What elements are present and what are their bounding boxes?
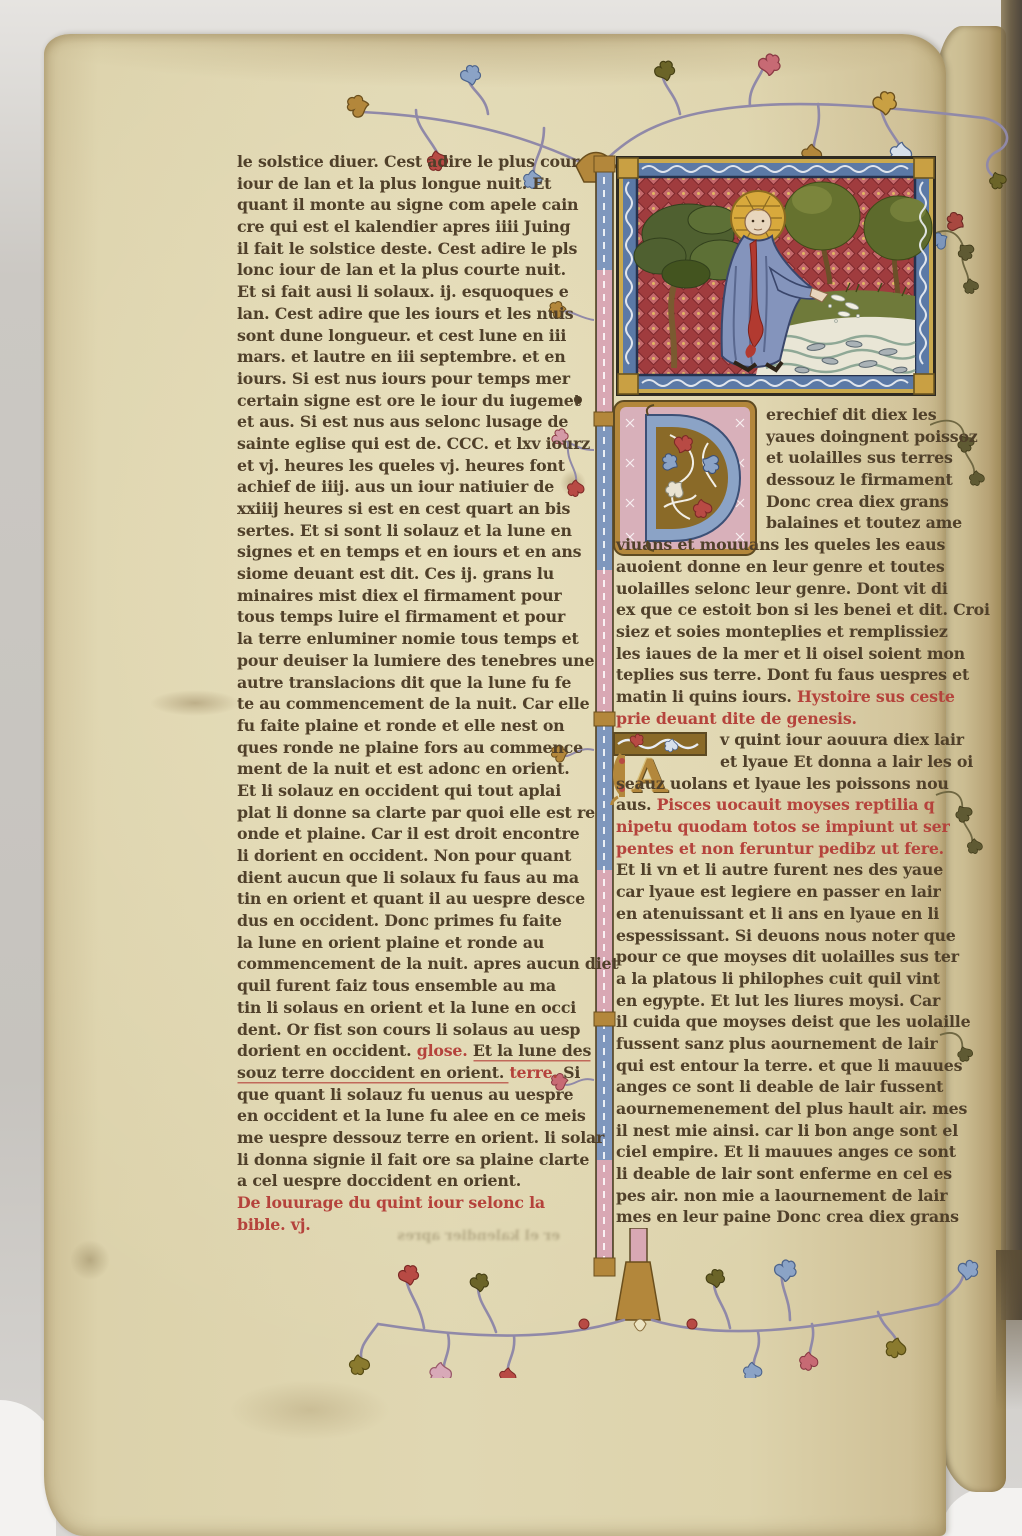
body-text: car lyaue est legiere en passer en lair (616, 882, 941, 901)
book-spine-shadow (1001, 0, 1022, 1320)
rubric-text: terre. (509, 1063, 563, 1082)
body-text: balaines et toutez ame (766, 513, 962, 532)
text-line: auoient donne en leur genre et toutes (616, 556, 946, 578)
text-line: certain signe est ore le iour du iugemet (237, 390, 577, 412)
body-text: fussent sanz plus aournement de lair (616, 1034, 938, 1053)
body-text: sainte eglise qui est de. CCC. et lxv io… (237, 434, 590, 453)
body-text: les iaues de la mer et li oisel soient m… (616, 644, 965, 663)
rubric-text: Hystoire sus ceste (797, 687, 955, 706)
text-line: lonc iour de lan et la plus courte nuit. (237, 259, 577, 281)
text-line: bible. vj. (237, 1214, 577, 1236)
body-text: matin li quins iours. (616, 687, 797, 706)
text-line: le solstice diuer. Cest adire le plus co… (237, 151, 577, 173)
text-line: quant il monte au signe com apele cain (237, 194, 577, 216)
backdrop-bottom-right (940, 1488, 1022, 1536)
text-line: la lune en orient plaine et ronde au (237, 932, 577, 954)
text-line: pour ce que moyses dit uolailles sus ter (616, 946, 946, 968)
body-text: me uespre dessouz terre en orient. li so… (237, 1128, 604, 1147)
text-line: il nest mie ainsi. car li bon ange sont … (616, 1120, 946, 1142)
body-text: v quint iour aouura diex lair (720, 730, 964, 749)
text-line: les iaues de la mer et li oisel soient m… (616, 643, 946, 665)
text-line: iour de lan et la plus longue nuit. Et (237, 173, 577, 195)
body-text: commencement de la nuit. apres aucun die… (237, 954, 619, 973)
body-text: il cuida que moyses deist que les uolail… (616, 1012, 970, 1031)
body-text: ques ronde ne plaine fors au commence (237, 738, 583, 757)
text-line: autre translacions dit que la lune fu fe (237, 672, 577, 694)
text-line: v quint iour aouura diex lair (616, 729, 946, 751)
body-text: autre translacions dit que la lune fu fe (237, 673, 571, 692)
body-text: achief de iiij. aus un iour natiuier de (237, 477, 554, 496)
body-text: li donna signie il fait ore sa plaine cl… (237, 1150, 589, 1169)
text-line: dent. Or fist son cours li solaus au ues… (237, 1019, 577, 1041)
body-text: le solstice diuer. Cest adire le plus co… (237, 152, 579, 171)
body-text: il fait le solstice deste. Cest adire le… (237, 239, 577, 258)
text-line: pentes et non feruntur pedibz ut fere. (616, 838, 946, 860)
body-text: en occident et la lune fu alee en ce mei… (237, 1106, 586, 1125)
body-text: Et si fait ausi li solaux. ij. esquoques… (237, 282, 569, 301)
text-line: souz terre doccident en orient. terre. S… (237, 1062, 577, 1084)
text-line: plat li donne sa clarte par quoi elle es… (237, 802, 577, 824)
text-line: onde et plaine. Car il est droit encontr… (237, 823, 577, 845)
text-line: dessouz le firmament (616, 469, 946, 491)
body-text: anges ce sont li deable de lair fussent (616, 1077, 943, 1096)
text-line: a cel uespre doccident en orient. (237, 1170, 577, 1192)
body-text: a la platous li philophes cuit quil vint (616, 969, 940, 988)
text-line: li dorient en occident. Non pour quant (237, 845, 577, 867)
body-text: et vj. heures les queles vj. heures font (237, 456, 565, 475)
body-text: xxiiij heures si est en cest quart an bi… (237, 499, 570, 518)
body-text: viuans et mouuans les queles les eaus (616, 535, 945, 554)
body-text: dessouz le firmament (766, 470, 953, 489)
text-line: aournemenement del plus hault air. mes (616, 1098, 946, 1120)
text-line: nipetu quodam totos se impiunt ut ser (616, 816, 946, 838)
rubric-text: bible. vj. (237, 1215, 311, 1234)
text-line: tin li solaus en orient et la lune en oc… (237, 997, 577, 1019)
text-line: Et li solauz en occident qui tout aplai (237, 780, 577, 802)
body-text: et uolailles sus terres (766, 448, 953, 467)
body-text: que quant li solauz fu uenus au uespre (237, 1085, 573, 1104)
text-line: lan. Cest adire que les iours et les nui… (237, 303, 577, 325)
left-text-column: le solstice diuer. Cest adire le plus co… (237, 151, 577, 1235)
text-line: a la platous li philophes cuit quil vint (616, 968, 946, 990)
body-text: Et li solauz en occident qui tout aplai (237, 781, 561, 800)
text-line: et uolailles sus terres (616, 447, 946, 469)
body-text: aus. (616, 795, 657, 814)
body-text: seauz uolans et lyaue les poissons nou (616, 774, 949, 793)
body-text: la terre enluminer nomie tous temps et (237, 629, 579, 648)
text-line: Et si fait ausi li solaux. ij. esquoques… (237, 281, 577, 303)
text-line: prie deuant dite de genesis. (616, 708, 946, 730)
body-text: sont dune longueur. et cest lune en iii (237, 326, 566, 345)
text-line: seauz uolans et lyaue les poissons nou (616, 773, 946, 795)
body-text: yaues doingnent poissoz (766, 427, 978, 446)
text-line: car lyaue est legiere en passer en lair (616, 881, 946, 903)
body-text: quil furent faiz tous ensemble au ma (237, 976, 556, 995)
text-line: iours. Si est nus iours pour temps mer (237, 368, 577, 390)
text-line: li donna signie il fait ore sa plaine cl… (237, 1149, 577, 1171)
body-text: cre qui est el kalendier apres iiii Juin… (237, 217, 570, 236)
text-line: et lyaue Et donna a lair les oi (616, 751, 946, 773)
text-line: ex que ce estoit bon si les benei et dit… (616, 599, 946, 621)
text-line: anges ce sont li deable de lair fussent (616, 1076, 946, 1098)
body-text: signes et en temps et en iours et en ans (237, 542, 581, 561)
text-line: mes en leur paine Donc crea diex grans (616, 1206, 946, 1228)
text-line: aus. Pisces uocauit moyses reptilia q (616, 794, 946, 816)
manuscript-photo: { "palette": { "ink": "#50402a", "rubric… (0, 0, 1022, 1536)
body-text: li dorient en occident. Non pour quant (237, 846, 571, 865)
text-line: quil furent faiz tous ensemble au ma (237, 975, 577, 997)
rubric-text: nipetu quodam totos se impiunt ut ser (616, 817, 950, 836)
body-text: iour de lan et la plus longue nuit. Et (237, 174, 551, 193)
text-line: fu faite plaine et ronde et elle nest on (237, 715, 577, 737)
body-text: lonc iour de lan et la plus courte nuit. (237, 260, 566, 279)
text-line: balaines et toutez ame (616, 512, 946, 534)
body-text: dus en occident. Donc primes fu faite (237, 911, 562, 930)
body-text: Et la lune des (473, 1041, 591, 1060)
body-text: tin en orient et quant il au uespre desc… (237, 889, 585, 908)
body-text: tous temps luire el firmament et pour (237, 607, 565, 626)
text-line: ques ronde ne plaine fors au commence (237, 737, 577, 759)
text-line: li deable de lair sont enferme en cel es (616, 1163, 946, 1185)
body-text: sertes. Et si sont li solauz et la lune … (237, 521, 572, 540)
text-line: commencement de la nuit. apres aucun die… (237, 953, 577, 975)
body-text: en egypte. Et lut les liures moysi. Car (616, 991, 940, 1010)
text-line: tous temps luire el firmament et pour (237, 606, 577, 628)
rubric-text: pentes et non feruntur pedibz ut fere. (616, 839, 944, 858)
text-line: signes et en temps et en iours et en ans (237, 541, 577, 563)
body-text: pes air. non mie a laournement de lair (616, 1186, 947, 1205)
body-text: mars. et lautre en iii septembre. et en (237, 347, 566, 366)
body-text: fu faite plaine et ronde et elle nest on (237, 716, 564, 735)
body-text: teplies sus terre. Dont fu faus uespres … (616, 665, 969, 684)
body-text: lan. Cest adire que les iours et les nui… (237, 304, 573, 323)
body-text: onde et plaine. Car il est droit encontr… (237, 824, 580, 843)
text-line: sainte eglise qui est de. CCC. et lxv io… (237, 433, 577, 455)
text-line: sertes. Et si sont li solauz et la lune … (237, 520, 577, 542)
body-text: espessissant. Si deuons nous noter que (616, 926, 956, 945)
body-text: tin li solaus en orient et la lune en oc… (237, 998, 576, 1017)
body-text: Si (563, 1063, 580, 1082)
body-text: plat li donne sa clarte par quoi elle es… (237, 803, 595, 822)
text-line: la terre enluminer nomie tous temps et (237, 628, 577, 650)
text-line: il cuida que moyses deist que les uolail… (616, 1011, 946, 1033)
text-line: dient aucun que li solaux fu faus au ma (237, 867, 577, 889)
text-line: xxiiij heures si est en cest quart an bi… (237, 498, 577, 520)
rubric-text: glose. (417, 1041, 473, 1060)
text-line: erechief dit diex les (616, 404, 946, 426)
rubric-text: De louurage du quint iour selonc la (237, 1193, 545, 1212)
text-line: que quant li solauz fu uenus au uespre (237, 1084, 577, 1106)
text-line: en occident et la lune fu alee en ce mei… (237, 1105, 577, 1127)
text-line: ciel empire. Et li mauues anges ce sont (616, 1141, 946, 1163)
text-line: en egypte. Et lut les liures moysi. Car (616, 990, 946, 1012)
text-line: yaues doingnent poissoz (616, 426, 946, 448)
body-text: ex que ce estoit bon si les benei et dit… (616, 600, 990, 619)
body-text: siez et soies monteplies et remplissiez (616, 622, 948, 641)
text-line: qui est entour la terre. et que li mauue… (616, 1055, 946, 1077)
body-text: il nest mie ainsi. car li bon ange sont … (616, 1121, 958, 1140)
body-text: dient aucun que li solaux fu faus au ma (237, 868, 579, 887)
body-text: pour deuiser la lumiere des tenebres une (237, 651, 594, 670)
body-text: et lyaue Et donna a lair les oi (720, 752, 973, 771)
text-line: mars. et lautre en iii septembre. et en (237, 346, 577, 368)
body-text: en atenuissant et li ans en lyaue en li (616, 904, 939, 923)
body-text: la lune en orient plaine et ronde au (237, 933, 544, 952)
body-text: Et li vn et li autre furent nes des yaue (616, 860, 943, 879)
text-line: matin li quins iours. Hystoire sus ceste (616, 686, 946, 708)
body-text: et aus. Si est nus aus selonc lusage de (237, 412, 568, 431)
text-line: il fait le solstice deste. Cest adire le… (237, 238, 577, 260)
body-text: ciel empire. Et li mauues anges ce sont (616, 1142, 956, 1161)
body-text: dent. Or fist son cours li solaus au ues… (237, 1020, 580, 1039)
text-line: De louurage du quint iour selonc la (237, 1192, 577, 1214)
text-line: cre qui est el kalendier apres iiii Juin… (237, 216, 577, 238)
text-line: dus en occident. Donc primes fu faite (237, 910, 577, 932)
body-text: iours. Si est nus iours pour temps mer (237, 369, 570, 388)
rubric-text: prie deuant dite de genesis. (616, 709, 857, 728)
body-text: qui est entour la terre. et que li mauue… (616, 1056, 962, 1075)
body-text: souz terre doccident en orient. (237, 1063, 509, 1082)
text-line: et aus. Si est nus aus selonc lusage de (237, 411, 577, 433)
text-line: pour deuiser la lumiere des tenebres une (237, 650, 577, 672)
body-text: pour ce que moyses dit uolailles sus ter (616, 947, 959, 966)
body-text: erechief dit diex les (766, 405, 936, 424)
text-line: achief de iiij. aus un iour natiuier de (237, 476, 577, 498)
body-text: a cel uespre doccident en orient. (237, 1171, 521, 1190)
body-text: aournemenement del plus hault air. mes (616, 1099, 967, 1118)
text-line: siome deuant est dit. Ces ij. grans lu (237, 563, 577, 585)
text-line: teplies sus terre. Dont fu faus uespres … (616, 664, 946, 686)
text-line: en atenuissant et li ans en lyaue en li (616, 903, 946, 925)
text-line: fussent sanz plus aournement de lair (616, 1033, 946, 1055)
body-text: ment de la nuit et est adonc en orient. (237, 759, 570, 778)
body-text: li deable de lair sont enferme en cel es (616, 1164, 952, 1183)
text-line: Donc crea diex grans (616, 491, 946, 513)
body-text: auoient donne en leur genre et toutes (616, 557, 945, 576)
body-text: siome deuant est dit. Ces ij. grans lu (237, 564, 554, 583)
body-text: mes en leur paine Donc crea diex grans (616, 1207, 959, 1226)
text-line: dorient en occident. glose. Et la lune d… (237, 1040, 577, 1062)
text-line: pes air. non mie a laournement de lair (616, 1185, 946, 1207)
text-line: minaires mist diex el firmament pour (237, 585, 577, 607)
body-text: certain signe est ore le iour du iugemet (237, 391, 581, 410)
body-text: dorient en occident. (237, 1041, 417, 1060)
body-text: uolailles selonc leur genre. Dont vit di (616, 579, 948, 598)
body-text: quant il monte au signe com apele cain (237, 195, 578, 214)
text-line: espessissant. Si deuons nous noter que (616, 925, 946, 947)
miniature-creation-of-fish-and-birds (616, 156, 936, 396)
body-text: minaires mist diex el firmament pour (237, 586, 561, 605)
body-text: Donc crea diex grans (766, 492, 949, 511)
text-line: me uespre dessouz terre en orient. li so… (237, 1127, 577, 1149)
text-line: sont dune longueur. et cest lune en iii (237, 325, 577, 347)
text-line: tin en orient et quant il au uespre desc… (237, 888, 577, 910)
rubric-text: Pisces uocauit moyses reptilia q (657, 795, 935, 814)
text-line: ment de la nuit et est adonc en orient. (237, 758, 577, 780)
text-line: viuans et mouuans les queles les eaus (616, 534, 946, 556)
text-line: uolailles selonc leur genre. Dont vit di (616, 578, 946, 600)
right-text-column: erechief dit diex lesyaues doingnent poi… (616, 404, 946, 1228)
text-line: siez et soies monteplies et remplissiez (616, 621, 946, 643)
page-curl-shadow (996, 1250, 1022, 1410)
body-text: te au commencement de la nuit. Car elle (237, 694, 589, 713)
text-line: Et li vn et li autre furent nes des yaue (616, 859, 946, 881)
text-line: te au commencement de la nuit. Car elle (237, 693, 577, 715)
text-line: et vj. heures les queles vj. heures font (237, 455, 577, 477)
